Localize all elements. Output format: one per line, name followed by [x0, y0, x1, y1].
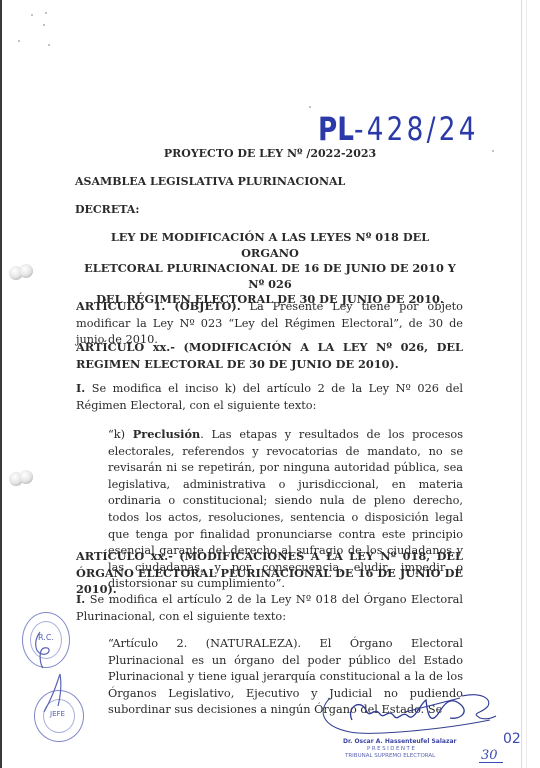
folio-underline: [479, 762, 503, 763]
page-right-edge-shadow: [526, 0, 527, 768]
signature-icon: [310, 690, 500, 740]
law-title: LEY DE MODIFICACIÓN A LAS LEYES Nº 018 D…: [80, 230, 460, 308]
speck: [48, 44, 50, 46]
speck: [309, 106, 311, 108]
decree-label: DECRETA:: [75, 202, 139, 219]
page-right-edge: [521, 0, 522, 768]
article-xx-026-heading: ARTÍCULO xx.- (MODIFICACIÓN A LA LEY Nº …: [76, 339, 463, 372]
file-number-stamp: PL-428/24: [318, 110, 479, 148]
page-left-edge: [0, 0, 2, 768]
quote-term: Preclusión: [133, 427, 200, 441]
stamp-number: -428/24: [354, 110, 479, 148]
punch-hole-icon: [9, 470, 35, 486]
initials-scribble-icon: [30, 630, 60, 670]
law-title-line: LEY DE MODIFICACIÓN A LAS LEYES Nº 018 D…: [80, 230, 460, 261]
bill-title: PROYECTO DE LEY Nº /2022-2023: [0, 146, 540, 163]
signatory-name: Dr. Oscar A. Hassenteufel Salazar: [343, 738, 456, 745]
punch-hole-icon: [9, 264, 35, 280]
paragraph-i-018: I. Se modifica el artículo 2 de la Ley N…: [76, 591, 463, 625]
paragraph-i-026: I. Se modifica el inciso k) del artículo…: [76, 380, 463, 414]
numeral: I.: [76, 381, 85, 395]
speck: [45, 12, 47, 14]
page-number: 02: [503, 731, 521, 747]
article-1-heading: ARTÍCULO 1. (OBJETO).: [76, 299, 241, 313]
speck: [18, 40, 20, 42]
signatory-role: PRESIDENTE: [367, 746, 416, 752]
assembly-name: ASAMBLEA LEGISLATIVA PLURINACIONAL: [75, 174, 345, 191]
numeral: I.: [76, 592, 85, 606]
quote-prefix: “k): [108, 428, 133, 441]
stamp-prefix: PL: [318, 110, 354, 148]
speck: [43, 24, 45, 26]
paragraph-text: Se modifica el artículo 2 de la Ley Nº 0…: [76, 593, 463, 623]
speck: [31, 14, 33, 16]
handwritten-folio-number: 30: [481, 748, 498, 763]
paragraph-text: Se modifica el inciso k) del artículo 2 …: [76, 382, 463, 412]
initials-scribble-icon: [38, 672, 68, 722]
signatory-organization: TRIBUNAL SUPREMO ELECTORAL: [345, 753, 435, 759]
law-title-line: ELETCORAL PLURINACIONAL DE 16 DE JUNIO D…: [80, 261, 460, 292]
